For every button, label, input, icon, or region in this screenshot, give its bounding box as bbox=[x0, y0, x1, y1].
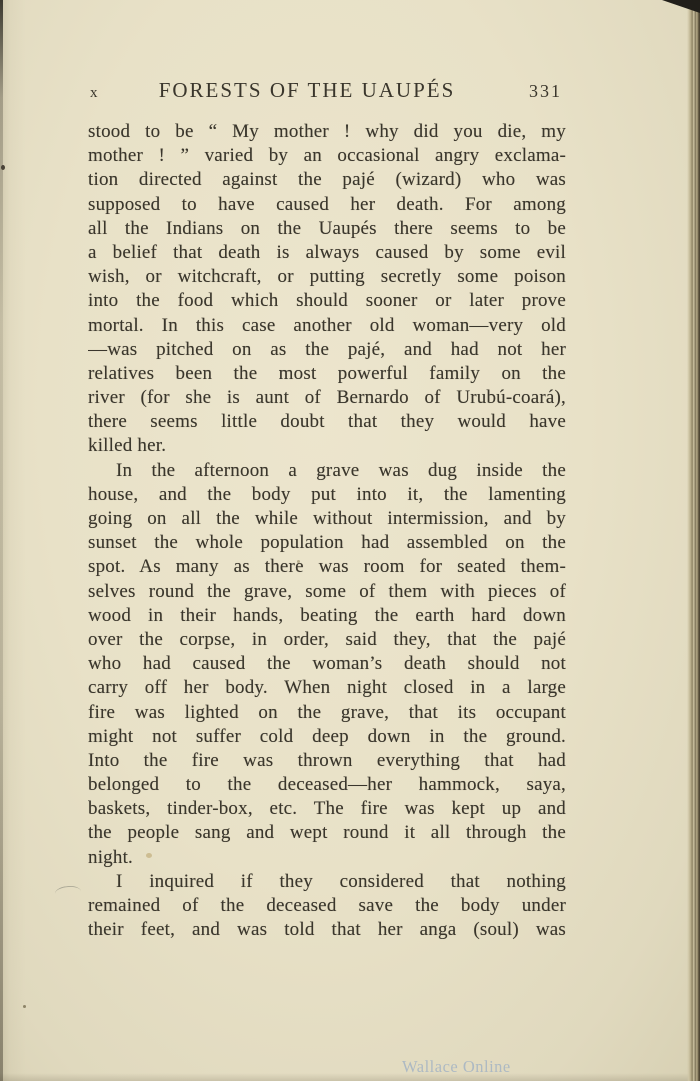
text-line: selves round the grave, some of them wit… bbox=[88, 580, 566, 604]
text-line: night. bbox=[88, 846, 566, 870]
running-title: FORESTS OF THE UAUPÉS bbox=[88, 78, 526, 103]
text-line: tion directed against the pajé (wizard) … bbox=[88, 168, 566, 192]
page-gutter-edge bbox=[0, 0, 3, 1081]
text-line: stood to be “ My mother ! why did you di… bbox=[88, 120, 566, 144]
text-line: relatives been the most powerful family … bbox=[88, 362, 566, 386]
text-line: supposed to have caused her death. For a… bbox=[88, 193, 566, 217]
text-line: spot. As many as there was room for seat… bbox=[88, 555, 566, 579]
paragraph: In the afternoon a grave was dug inside … bbox=[88, 459, 566, 870]
text-line: carry off her body. When night closed in… bbox=[88, 676, 566, 700]
text-line: remained of the deceased save the body u… bbox=[88, 894, 566, 918]
text-line: baskets, tinder-box, etc. The fire was k… bbox=[88, 797, 566, 821]
text-line: —was pitched on as the pajé, and had not… bbox=[88, 338, 566, 362]
paper-speck bbox=[1, 165, 5, 170]
text-line: going on all the while without intermiss… bbox=[88, 507, 566, 531]
text-line: river (for she is aunt of Bernardo of Ur… bbox=[88, 386, 566, 410]
text-line: into the food which should sooner or lat… bbox=[88, 289, 566, 313]
text-line: wish, or witchcraft, or putting secretly… bbox=[88, 265, 566, 289]
text-line: I inquired if they considered that nothi… bbox=[88, 870, 566, 894]
text-line: mother ! ” varied by an occasional angry… bbox=[88, 144, 566, 168]
page-number: 331 bbox=[529, 81, 562, 102]
paper-speck bbox=[297, 560, 300, 563]
book-fore-edge bbox=[687, 0, 700, 1081]
book-page-scan: x FORESTS OF THE UAUPÉS 331 stood to be … bbox=[0, 0, 700, 1081]
text-line: all the Indians on the Uaupés there seem… bbox=[88, 217, 566, 241]
text-line: mortal. In this case another old woman—v… bbox=[88, 314, 566, 338]
paper-speck bbox=[146, 853, 152, 858]
watermark: Wallace Online bbox=[402, 1057, 511, 1077]
text-line: fire was lighted on the grave, that its … bbox=[88, 701, 566, 725]
printed-page-content: x FORESTS OF THE UAUPÉS 331 stood to be … bbox=[88, 76, 566, 942]
text-line: belonged to the deceased—her hammock, sa… bbox=[88, 773, 566, 797]
paper-hairline-mark bbox=[54, 884, 82, 900]
text-line: In the afternoon a grave was dug inside … bbox=[88, 459, 566, 483]
paragraph: I inquired if they considered that nothi… bbox=[88, 870, 566, 943]
paragraph: stood to be “ My mother ! why did you di… bbox=[88, 120, 566, 459]
text-line: wood in their hands, beating the earth h… bbox=[88, 604, 566, 628]
text-line: sunset the whole population had assemble… bbox=[88, 531, 566, 555]
running-header: x FORESTS OF THE UAUPÉS 331 bbox=[88, 76, 566, 106]
text-line: who had caused the woman’s death should … bbox=[88, 652, 566, 676]
text-line: their feet, and was told that her anga (… bbox=[88, 918, 566, 942]
text-line: the people sang and wept round it all th… bbox=[88, 821, 566, 845]
text-line: might not suffer cold deep down in the g… bbox=[88, 725, 566, 749]
text-line: there seems little doubt that they would… bbox=[88, 410, 566, 434]
paper-speck bbox=[23, 1005, 26, 1008]
text-line: killed her. bbox=[88, 434, 566, 458]
text-line: Into the fire was thrown everything that… bbox=[88, 749, 566, 773]
text-line: house, and the body put into it, the lam… bbox=[88, 483, 566, 507]
text-line: a belief that death is always caused by … bbox=[88, 241, 566, 265]
text-body: stood to be “ My mother ! why did you di… bbox=[88, 120, 566, 942]
text-line: over the corpse, in order, said they, th… bbox=[88, 628, 566, 652]
